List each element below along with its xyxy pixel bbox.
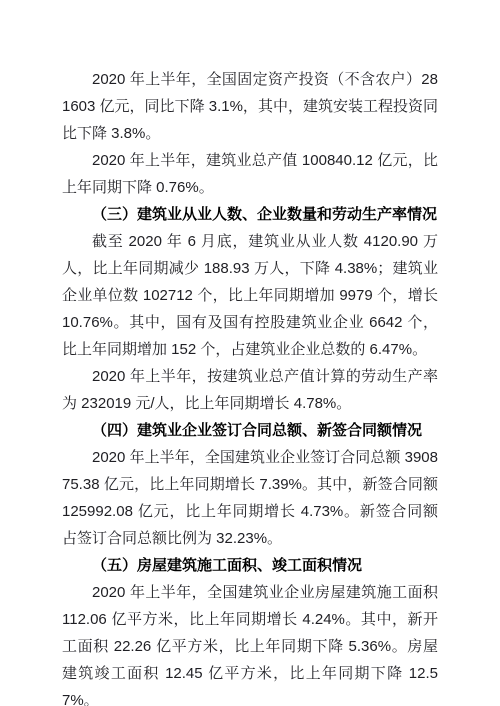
- paragraph-employment-enterprise-count: 截至 2020 年 6 月底，建筑业从业人数 4120.90 万人，比上年同期减…: [62, 228, 438, 363]
- paragraph-construction-output-value: 2020 年上半年，建筑业总产值 100840.12 亿元，比上年同期下降 0.…: [62, 147, 438, 201]
- paragraph-contract-amounts: 2020 年上半年，全国建筑业企业签订合同总额 390875.38 亿元，比上年…: [62, 444, 438, 552]
- section-heading-3-employment-enterprises-productivity: （三）建筑业从业人数、企业数量和劳动生产率情况: [62, 201, 438, 228]
- paragraph-fixed-asset-investment: 2020 年上半年，全国固定资产投资（不含农户）281603 亿元，同比下降 3…: [62, 66, 438, 147]
- document-body: 2020 年上半年，全国固定资产投资（不含农户）281603 亿元，同比下降 3…: [62, 66, 438, 706]
- paragraph-floor-area-figures: 2020 年上半年，全国建筑业企业房屋建筑施工面积 112.06 亿平方米，比上…: [62, 579, 438, 706]
- document-page: 2020 年上半年，全国固定资产投资（不含农户）281603 亿元，同比下降 3…: [0, 0, 500, 706]
- paragraph-labor-productivity: 2020 年上半年，按建筑业总产值计算的劳动生产率为 232019 元/人，比上…: [62, 363, 438, 417]
- section-heading-4-contract-totals: （四）建筑业企业签订合同总额、新签合同额情况: [62, 417, 438, 444]
- section-heading-5-floor-area: （五）房屋建筑施工面积、竣工面积情况: [62, 552, 438, 579]
